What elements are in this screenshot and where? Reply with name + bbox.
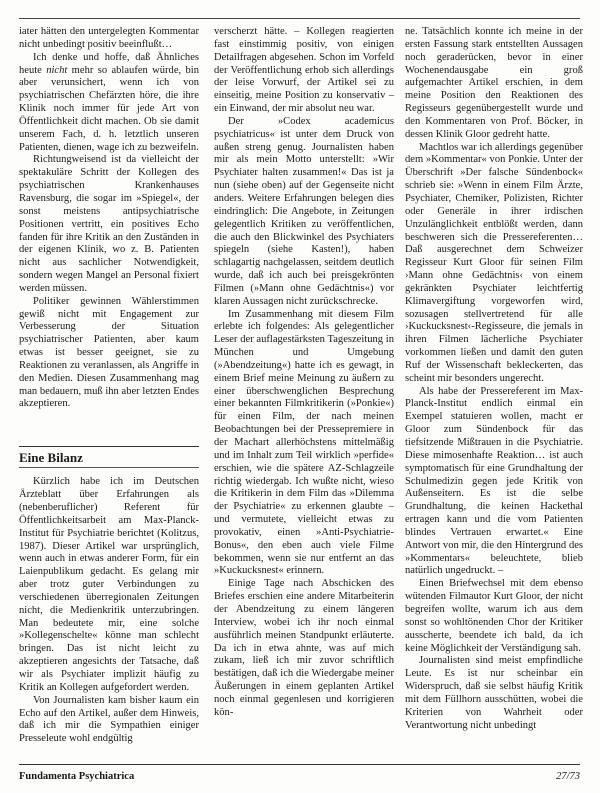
paragraph: Machtlos war ich allerdings gegenüber de… (405, 142, 583, 386)
footer-rule (19, 764, 580, 765)
column-2: verscherzt hätte. – Kollegen reagierten … (214, 26, 394, 720)
top-rule (19, 18, 580, 19)
emphasis: nicht (46, 65, 67, 76)
section-heading: Eine Bilanz (19, 450, 199, 465)
column-3: ne. Tatsächlich konnte ich meine in der … (405, 26, 583, 732)
text-span: mehr so ablaufen würde, bin aber verunsi… (19, 65, 199, 153)
paragraph: Als habe der Pressereferent im Max-Planc… (405, 386, 583, 579)
paragraph: Von Journalisten kam bisher kaum ein Ech… (19, 695, 199, 746)
paragraph: verscherzt hätte. – Kollegen reagierten … (214, 26, 394, 116)
journal-name: Fundamenta Psychiatrica (19, 771, 134, 782)
paragraph: Richtungweisend ist da vielleicht der sp… (19, 154, 199, 295)
paragraph: Der »Codex academicus psychiatricus« ist… (214, 116, 394, 309)
paragraph: Im Zusammenhang mit diesem Film erlebte … (214, 309, 394, 579)
paragraph: Kürzlich habe ich im Deutschen Ärzteblat… (19, 476, 199, 694)
paragraph: Einige Tage nach Abschicken des Briefes … (214, 578, 394, 719)
paragraph: Einen Briefwechsel mit dem ebenso wütend… (405, 578, 583, 655)
document-page: iater hätten den untergelegten Kommentar… (0, 0, 600, 793)
paragraph: Ich denke und hoffe, daß Ähnliches heute… (19, 52, 199, 155)
page-number: 27/73 (556, 771, 580, 782)
paragraph: ne. Tatsächlich konnte ich meine in der … (405, 26, 583, 142)
column-1: iater hätten den untergelegten Kommentar… (19, 26, 199, 746)
section-heading-block: Eine Bilanz (19, 446, 199, 468)
paragraph: Politiker gewinnen Wählerstimmen gewiß n… (19, 296, 199, 412)
paragraph: iater hätten den untergelegten Kommentar… (19, 26, 199, 52)
paragraph: Journalisten sind meist empfindliche Leu… (405, 655, 583, 732)
